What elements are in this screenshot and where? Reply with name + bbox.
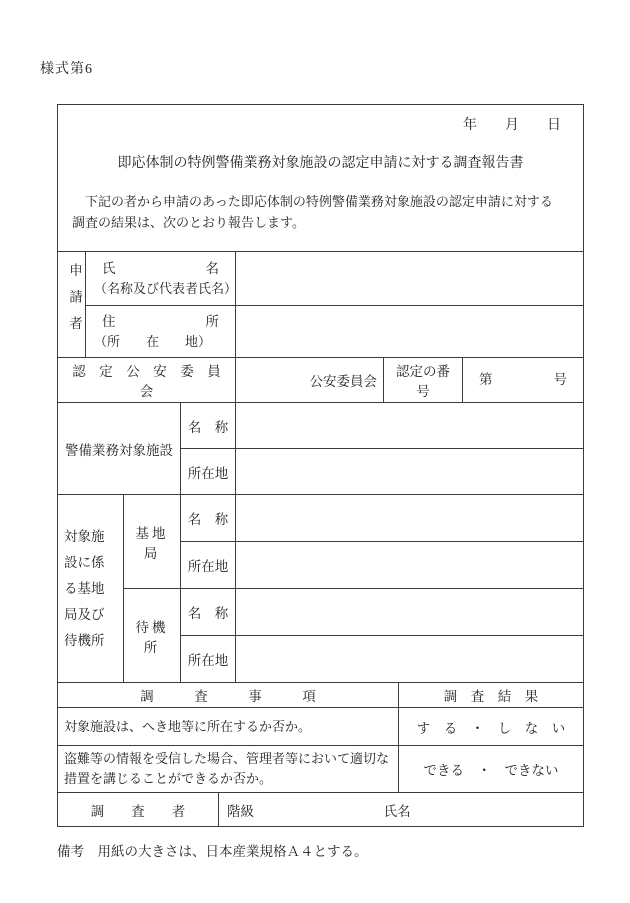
survey-table: 調 査 事 項 調 査 結 果 対象施設は、へき地等に所在するか否か。 す る … xyxy=(57,682,584,793)
facility-name-label: 名 称 xyxy=(181,403,236,449)
applicant-table: 申請者 氏 名 （名称及び代表者氏名） 住 所 （所 在 xyxy=(57,251,584,358)
address-sublabel: （所 在 地） xyxy=(92,332,229,352)
base-section-label: 対象施設に係る基地局及び待機所 xyxy=(58,495,124,683)
name-label-left: 氏 xyxy=(102,259,116,279)
facility-table: 警備業務対象施設 名 称 所在地 対象施設に係る基地局及び待機所 基地局 名 称… xyxy=(57,402,584,683)
name-sublabel: （名称及び代表者氏名） xyxy=(92,279,229,299)
facility-address-value xyxy=(236,449,584,495)
facility-name-value xyxy=(236,403,584,449)
investigator-detail-cell: 階級 氏名 xyxy=(219,793,584,827)
applicant-address-label-cell: 住 所 （所 在 地） xyxy=(86,306,236,358)
base-station-name-label: 名 称 xyxy=(181,495,236,542)
standby-name-label: 名 称 xyxy=(181,589,236,636)
investigator-table: 調 査 者 階級 氏名 xyxy=(57,792,584,827)
standby-address-label: 所在地 xyxy=(181,636,236,683)
base-station-address-value xyxy=(236,542,584,589)
date-line: 年 月 日 xyxy=(70,115,571,137)
base-station-label: 基地局 xyxy=(124,495,181,589)
standby-label: 待機所 xyxy=(124,589,181,683)
applicant-name-value xyxy=(236,252,584,306)
facility-address-label: 所在地 xyxy=(181,449,236,495)
form-header: 年 月 日 即応体制の特例警備業務対象施設の認定申請に対する調査報告書 下記の者… xyxy=(57,104,584,251)
name-label-right: 名 xyxy=(206,259,220,279)
form-title: 即応体制の特例警備業務対象施設の認定申請に対する調査報告書 xyxy=(70,153,571,175)
investigator-label: 調 査 者 xyxy=(58,793,219,827)
commission-value-cell: 公安委員会 xyxy=(236,358,384,403)
address-label-left: 住 xyxy=(102,312,116,332)
survey-item-2: 盗難等の情報を受信した場合、管理者等において適切な措置を講じることができるか否か… xyxy=(58,746,399,793)
address-label-right: 所 xyxy=(206,312,220,332)
investigator-rank-label: 階級 xyxy=(227,800,384,820)
form-intro: 下記の者から申請のあった即応体制の特例警備業務対象施設の認定申請に対する 調査の… xyxy=(70,191,571,233)
facility-label: 警備業務対象施設 xyxy=(58,403,181,495)
base-station-address-label: 所在地 xyxy=(181,542,236,589)
number-suffix: 号 xyxy=(554,370,568,390)
standby-address-value xyxy=(236,636,584,683)
form-number-label: 様式第6 xyxy=(40,58,630,78)
number-prefix: 第 xyxy=(479,370,493,390)
investigator-name-label: 氏名 xyxy=(384,800,411,820)
commission-table: 認 定 公 安 委 員 会 公安委員会 認定の番号 第 号 xyxy=(57,357,584,403)
survey-items-header: 調 査 事 項 xyxy=(58,683,399,708)
applicant-name-label-cell: 氏 名 （名称及び代表者氏名） xyxy=(86,252,236,306)
commission-label: 認 定 公 安 委 員 会 xyxy=(58,358,236,403)
standby-name-value xyxy=(236,589,584,636)
survey-result-1: す る ・ し な い xyxy=(399,708,584,746)
report-form: 年 月 日 即応体制の特例警備業務対象施設の認定申請に対する調査報告書 下記の者… xyxy=(57,104,584,827)
document-page: 様式第6 年 月 日 即応体制の特例警備業務対象施設の認定申請に対する調査報告書… xyxy=(0,0,630,903)
applicant-side-label: 申請者 xyxy=(58,252,86,358)
base-station-name-value xyxy=(236,495,584,542)
survey-result-header: 調 査 結 果 xyxy=(399,683,584,708)
applicant-address-value xyxy=(236,306,584,358)
applicant-side-label-text: 申請者 xyxy=(64,263,84,343)
certification-number-label: 認定の番号 xyxy=(384,358,463,403)
survey-item-1: 対象施設は、へき地等に所在するか否か。 xyxy=(58,708,399,746)
survey-result-2: できる ・ できない xyxy=(399,746,584,793)
remarks-note: 備考 用紙の大きさは、日本産業規格Ａ４とする。 xyxy=(57,840,630,860)
certification-number-cell: 第 号 xyxy=(463,358,584,403)
